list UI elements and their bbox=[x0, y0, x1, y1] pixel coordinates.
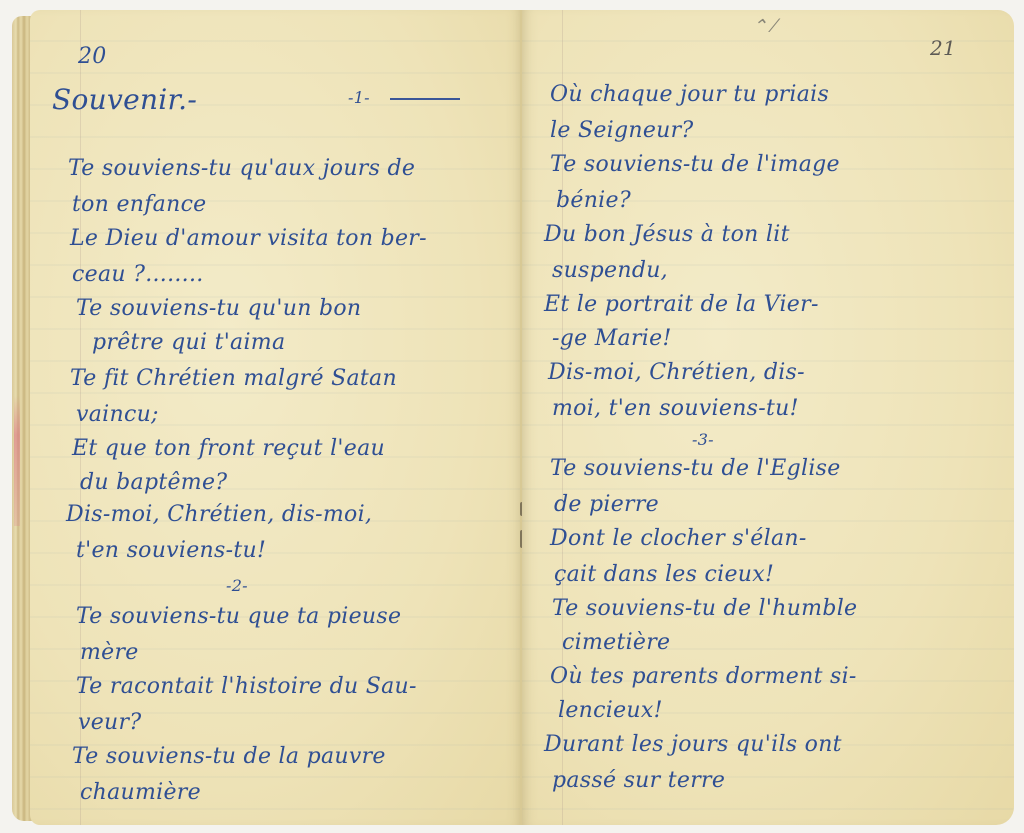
poem-line: Te souviens-tu que ta pieuse bbox=[76, 606, 401, 628]
title-underline bbox=[390, 98, 460, 100]
poem-line: Où tes parents dorment si- bbox=[550, 666, 857, 688]
right-page: ⌃ ⁄ 21 Où chaque jour tu priais le Seign… bbox=[522, 10, 1014, 825]
poem-line: passé sur terre bbox=[552, 770, 725, 792]
page-number-right: 21 bbox=[930, 38, 956, 58]
poem-line: moi, t'en souviens-tu! bbox=[552, 398, 799, 420]
poem-line: de pierre bbox=[554, 494, 659, 516]
stanza-mark-2: -2- bbox=[226, 578, 248, 594]
poem-line: t'en souviens-tu! bbox=[76, 540, 266, 562]
left-page: 20 Souvenir.- -1- Te souviens-tu qu'aux … bbox=[30, 10, 522, 825]
poem-line: Te souviens-tu de l'image bbox=[550, 154, 840, 176]
poem-line: çait dans les cieux! bbox=[554, 564, 774, 586]
notebook-spread: 20 Souvenir.- -1- Te souviens-tu qu'aux … bbox=[12, 10, 1014, 825]
poem-line: du baptême? bbox=[80, 472, 227, 494]
poem-line: Te fit Chrétien malgré Satan bbox=[70, 368, 397, 390]
poem-line: ceau ?........ bbox=[72, 264, 204, 286]
stanza-mark-1: -1- bbox=[348, 90, 370, 106]
pencil-mark: ⌃ ⁄ bbox=[752, 16, 776, 37]
poem-line: Te souviens-tu de la pauvre bbox=[72, 746, 386, 768]
poem-line: prêtre qui t'aima bbox=[92, 332, 285, 354]
poem-line: Te racontait l'histoire du Sau- bbox=[76, 676, 417, 698]
poem-title: Souvenir.- bbox=[52, 86, 197, 114]
poem-line: Dis-moi, Chrétien, dis-moi, bbox=[66, 504, 372, 526]
poem-line: Dont le clocher s'élan- bbox=[550, 528, 807, 550]
poem-line: suspendu, bbox=[552, 260, 668, 282]
page-edge-stain bbox=[14, 396, 20, 526]
poem-line: bénie? bbox=[556, 190, 631, 212]
poem-line: mère bbox=[80, 642, 139, 664]
poem-line: Du bon Jésus à ton lit bbox=[544, 224, 790, 246]
poem-line: Te souviens-tu de l'humble bbox=[552, 598, 857, 620]
poem-line: Et le portrait de la Vier- bbox=[544, 294, 819, 316]
poem-line: le Seigneur? bbox=[550, 120, 694, 142]
poem-line: lencieux! bbox=[558, 700, 663, 722]
poem-line: Te souviens-tu qu'un bon bbox=[76, 298, 361, 320]
poem-line: ton enfance bbox=[72, 194, 207, 216]
poem-line: Durant les jours qu'ils ont bbox=[544, 734, 842, 756]
poem-line: cimetière bbox=[562, 632, 670, 654]
poem-line: chaumière bbox=[80, 782, 201, 804]
poem-line: Le Dieu d'amour visita ton ber- bbox=[70, 228, 427, 250]
stanza-mark-3: -3- bbox=[692, 432, 714, 448]
page-number-left: 20 bbox=[78, 46, 107, 68]
poem-line: Où chaque jour tu priais bbox=[550, 84, 829, 106]
poem-line: -ge Marie! bbox=[552, 328, 672, 350]
poem-line: vaincu; bbox=[76, 404, 159, 426]
poem-line: veur? bbox=[78, 712, 141, 734]
poem-line: Dis-moi, Chrétien, dis- bbox=[548, 362, 805, 384]
poem-line: Te souviens-tu de l'Eglise bbox=[550, 458, 841, 480]
poem-line: Te souviens-tu qu'aux jours de bbox=[68, 158, 415, 180]
poem-line: Et que ton front reçut l'eau bbox=[72, 438, 385, 460]
